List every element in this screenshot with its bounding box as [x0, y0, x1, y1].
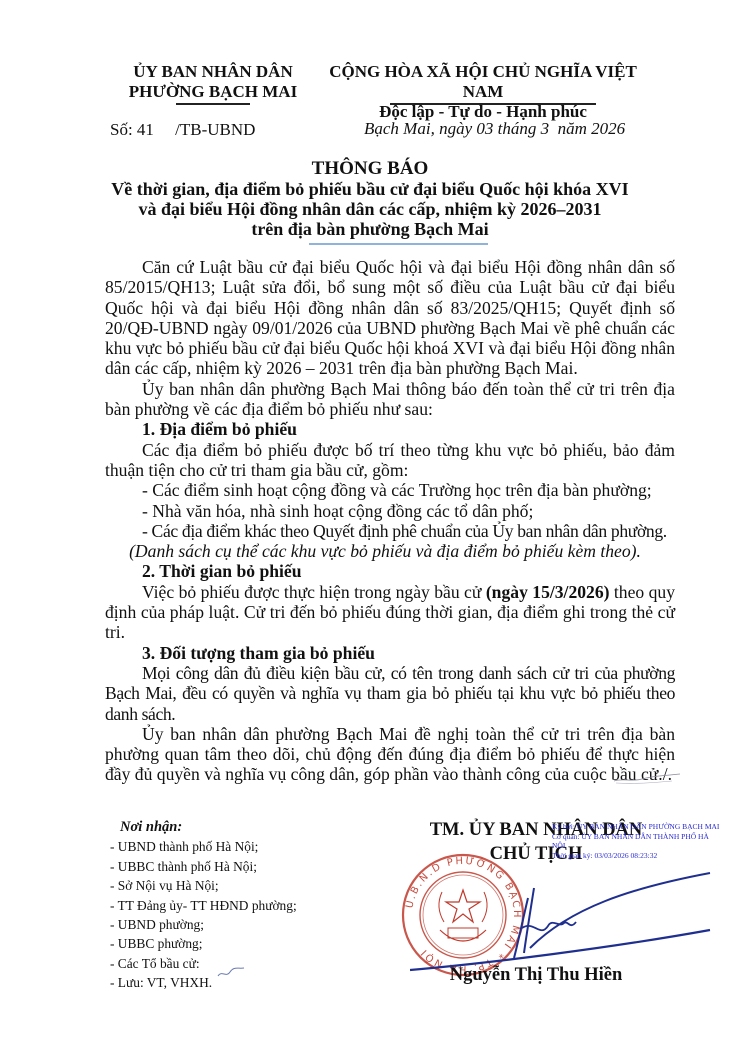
election-date: (ngày 15/3/2026) — [486, 582, 610, 602]
section-2-text-start: Việc bỏ phiếu được thực hiện trong ngày … — [142, 582, 486, 602]
digital-time: Thời gian ký: 03/03/2026 08:23:32 — [552, 851, 722, 861]
closing-paragraph: Ủy ban nhân dân phường Bạch Mai đề nghị … — [105, 724, 675, 785]
digital-signature-info: Ký bởi: ỦY BAN NHÂN DÂN PHƯỜNG BẠCH MAI … — [552, 822, 722, 860]
intro-paragraph: Ủy ban nhân dân phường Bạch Mai thông bá… — [105, 379, 675, 420]
initial-mark-icon — [216, 966, 246, 980]
list-item: - Các địa điểm khác theo Quyết định phê … — [105, 521, 675, 541]
recipients-title: Nơi nhận: — [110, 818, 350, 837]
recipient-item: - UBND thành phố Hà Nội; — [110, 837, 350, 856]
org-line-1: ỦY BAN NHÂN DÂN — [118, 62, 308, 82]
title-sub-1: Về thời gian, địa điểm bỏ phiếu bầu cử đ… — [100, 179, 640, 199]
legal-basis-paragraph: Căn cứ Luật bầu cử đại biểu Quốc hội và … — [105, 257, 675, 379]
recipient-item: - UBBC thành phố Hà Nội; — [110, 857, 350, 876]
issuing-organization: ỦY BAN NHÂN DÂN PHƯỜNG BẠCH MAI — [118, 62, 308, 102]
place-date: Bạch Mai, ngày 03 tháng 3 năm 2026 — [364, 119, 625, 139]
national-motto: CỘNG HÒA XÃ HỘI CHỦ NGHĨA VIỆT NAM Độc l… — [318, 62, 648, 122]
section-1-note: (Danh sách cụ thể các khu vực bỏ phiếu v… — [105, 541, 675, 561]
initial-mark-icon — [612, 772, 682, 786]
section-2-text: Việc bỏ phiếu được thực hiện trong ngày … — [105, 582, 675, 643]
recipient-item: - Sở Nội vụ Hà Nội; — [110, 876, 350, 895]
handwritten-signature-icon — [410, 868, 730, 978]
signer-name: Nguyễn Thị Thu Hiền — [426, 965, 646, 986]
section-3-text: Mọi công dân đủ điều kiện bầu cử, có tên… — [105, 663, 675, 724]
org-underline — [176, 103, 250, 105]
org-line-2: PHƯỜNG BẠCH MAI — [118, 82, 308, 102]
title-sub-3: trên địa bàn phường Bạch Mai — [100, 219, 640, 239]
recipient-item: - TT Đảng ủy- TT HĐND phường; — [110, 896, 350, 915]
section-1-heading: 1. Địa điểm bỏ phiếu — [105, 419, 675, 439]
section-3-heading: 3. Đối tượng tham gia bỏ phiếu — [105, 643, 675, 663]
list-item: - Các điểm sinh hoạt cộng đồng và các Tr… — [105, 480, 675, 500]
section-1-text: Các địa điểm bỏ phiếu được bố trí theo t… — [105, 440, 675, 481]
section-2-heading: 2. Thời gian bỏ phiếu — [105, 561, 675, 581]
recipient-item: - UBBC phường; — [110, 934, 350, 953]
digital-agency: Cơ quan: ỦY BAN NHÂN DÂN THÀNH PHỐ HÀ NỘ… — [552, 832, 722, 851]
list-item: - Nhà văn hóa, nhà sinh hoạt cộng đồng c… — [105, 501, 675, 521]
nation-line-1: CỘNG HÒA XÃ HỘI CHỦ NGHĨA VIỆT NAM — [318, 62, 648, 102]
document-title: THÔNG BÁO Về thời gian, địa điểm bỏ phiế… — [100, 159, 640, 239]
motto-underline — [390, 103, 596, 105]
document-number: Số: 41 /TB-UBND — [110, 120, 255, 140]
digital-signed-by: Ký bởi: ỦY BAN NHÂN DÂN PHƯỜNG BẠCH MAI — [552, 822, 722, 832]
document-body: Căn cứ Luật bầu cử đại biểu Quốc hội và … — [105, 257, 675, 785]
title-sub-2: và đại biểu Hội đồng nhân dân các cấp, n… — [100, 199, 640, 219]
recipient-item: - UBND phường; — [110, 915, 350, 934]
title-main: THÔNG BÁO — [100, 159, 640, 179]
title-underline — [309, 243, 488, 245]
